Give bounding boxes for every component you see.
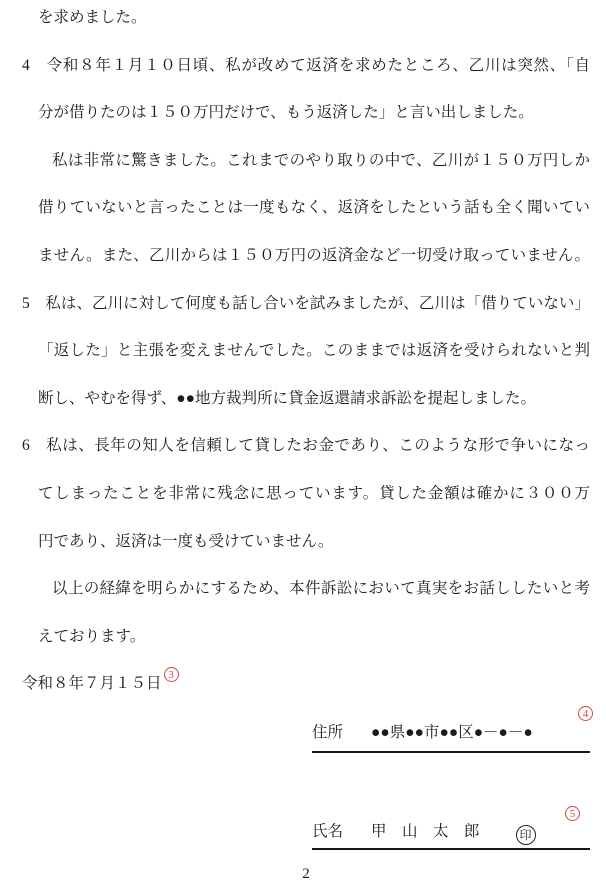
name-label: 氏名 bbox=[312, 823, 343, 840]
document-line: 以上の経緯を明らかにするため、本件訴訟において真実をお話ししたいと考 bbox=[52, 565, 590, 613]
document-line: てしまったことを非常に残念に思っています。貸した金額は確かに３００万 bbox=[38, 470, 590, 518]
document-line: ません。また、乙川からは１５０万円の返済金など一切受け取っていません。 bbox=[38, 232, 590, 280]
document-page: を求めました。 4 令和８年１月１０日頃、私が改めて返済を求めたところ、乙川は突… bbox=[0, 0, 606, 889]
document-line: を求めました。 bbox=[38, 0, 590, 42]
document-body: を求めました。 4 令和８年１月１０日頃、私が改めて返済を求めたところ、乙川は突… bbox=[22, 0, 590, 708]
name-value: 甲 山 太 郎 bbox=[371, 823, 480, 840]
document-line: 断し、やむを得ず、●●地方裁判所に貸金返還請求訴訟を提起しました。 bbox=[38, 375, 590, 423]
document-line-item-5: 5 私は、乙川に対して何度も話し合いを試みましたが、乙川は「借りていない」 bbox=[22, 280, 590, 328]
document-line: 円であり、返済は一度も受けていません。 bbox=[38, 518, 590, 566]
date-line: 令和８年７月１５日3 bbox=[22, 660, 590, 708]
document-line-item-4: 4 令和８年１月１０日頃、私が改めて返済を求めたところ、乙川は突然、「自 bbox=[22, 42, 590, 90]
annotation-circle-5: 5 bbox=[565, 806, 580, 821]
address-label: 住所 bbox=[312, 724, 343, 741]
document-line: 私は非常に驚きました。これまでのやり取りの中で、乙川が１５０万円しか bbox=[52, 137, 590, 185]
name-line: 氏名甲 山 太 郎印 bbox=[312, 819, 590, 845]
annotation-circle-3: 3 bbox=[164, 667, 179, 682]
name-block: 5 氏名甲 山 太 郎印 bbox=[312, 819, 590, 850]
address-value: ●●県●●市●●区●－●－● bbox=[371, 724, 533, 741]
document-line: 借りていないと言ったことは一度もなく、返済をしたという話も全く聞いてい bbox=[38, 184, 590, 232]
address-block: 4 住所●●県●●市●●区●－●－● bbox=[312, 720, 590, 753]
address-line: 住所●●県●●市●●区●－●－● bbox=[312, 720, 590, 746]
document-line: えております。 bbox=[38, 613, 590, 661]
document-line: 「返した」と主張を変えませんでした。このままでは返済を受けられないと判 bbox=[38, 327, 590, 375]
document-line-item-6: 6 私は、長年の知人を信頼して貸したお金であり、このような形で争いになっ bbox=[22, 422, 590, 470]
date-text: 令和８年７月１５日 bbox=[22, 675, 162, 692]
annotation-circle-4: 4 bbox=[578, 706, 593, 721]
document-line: 分が借りたのは１５０万円だけで、もう返済した」と言い出しました。 bbox=[38, 89, 590, 137]
seal-icon: 印 bbox=[516, 825, 536, 845]
page-number: 2 bbox=[22, 866, 590, 883]
